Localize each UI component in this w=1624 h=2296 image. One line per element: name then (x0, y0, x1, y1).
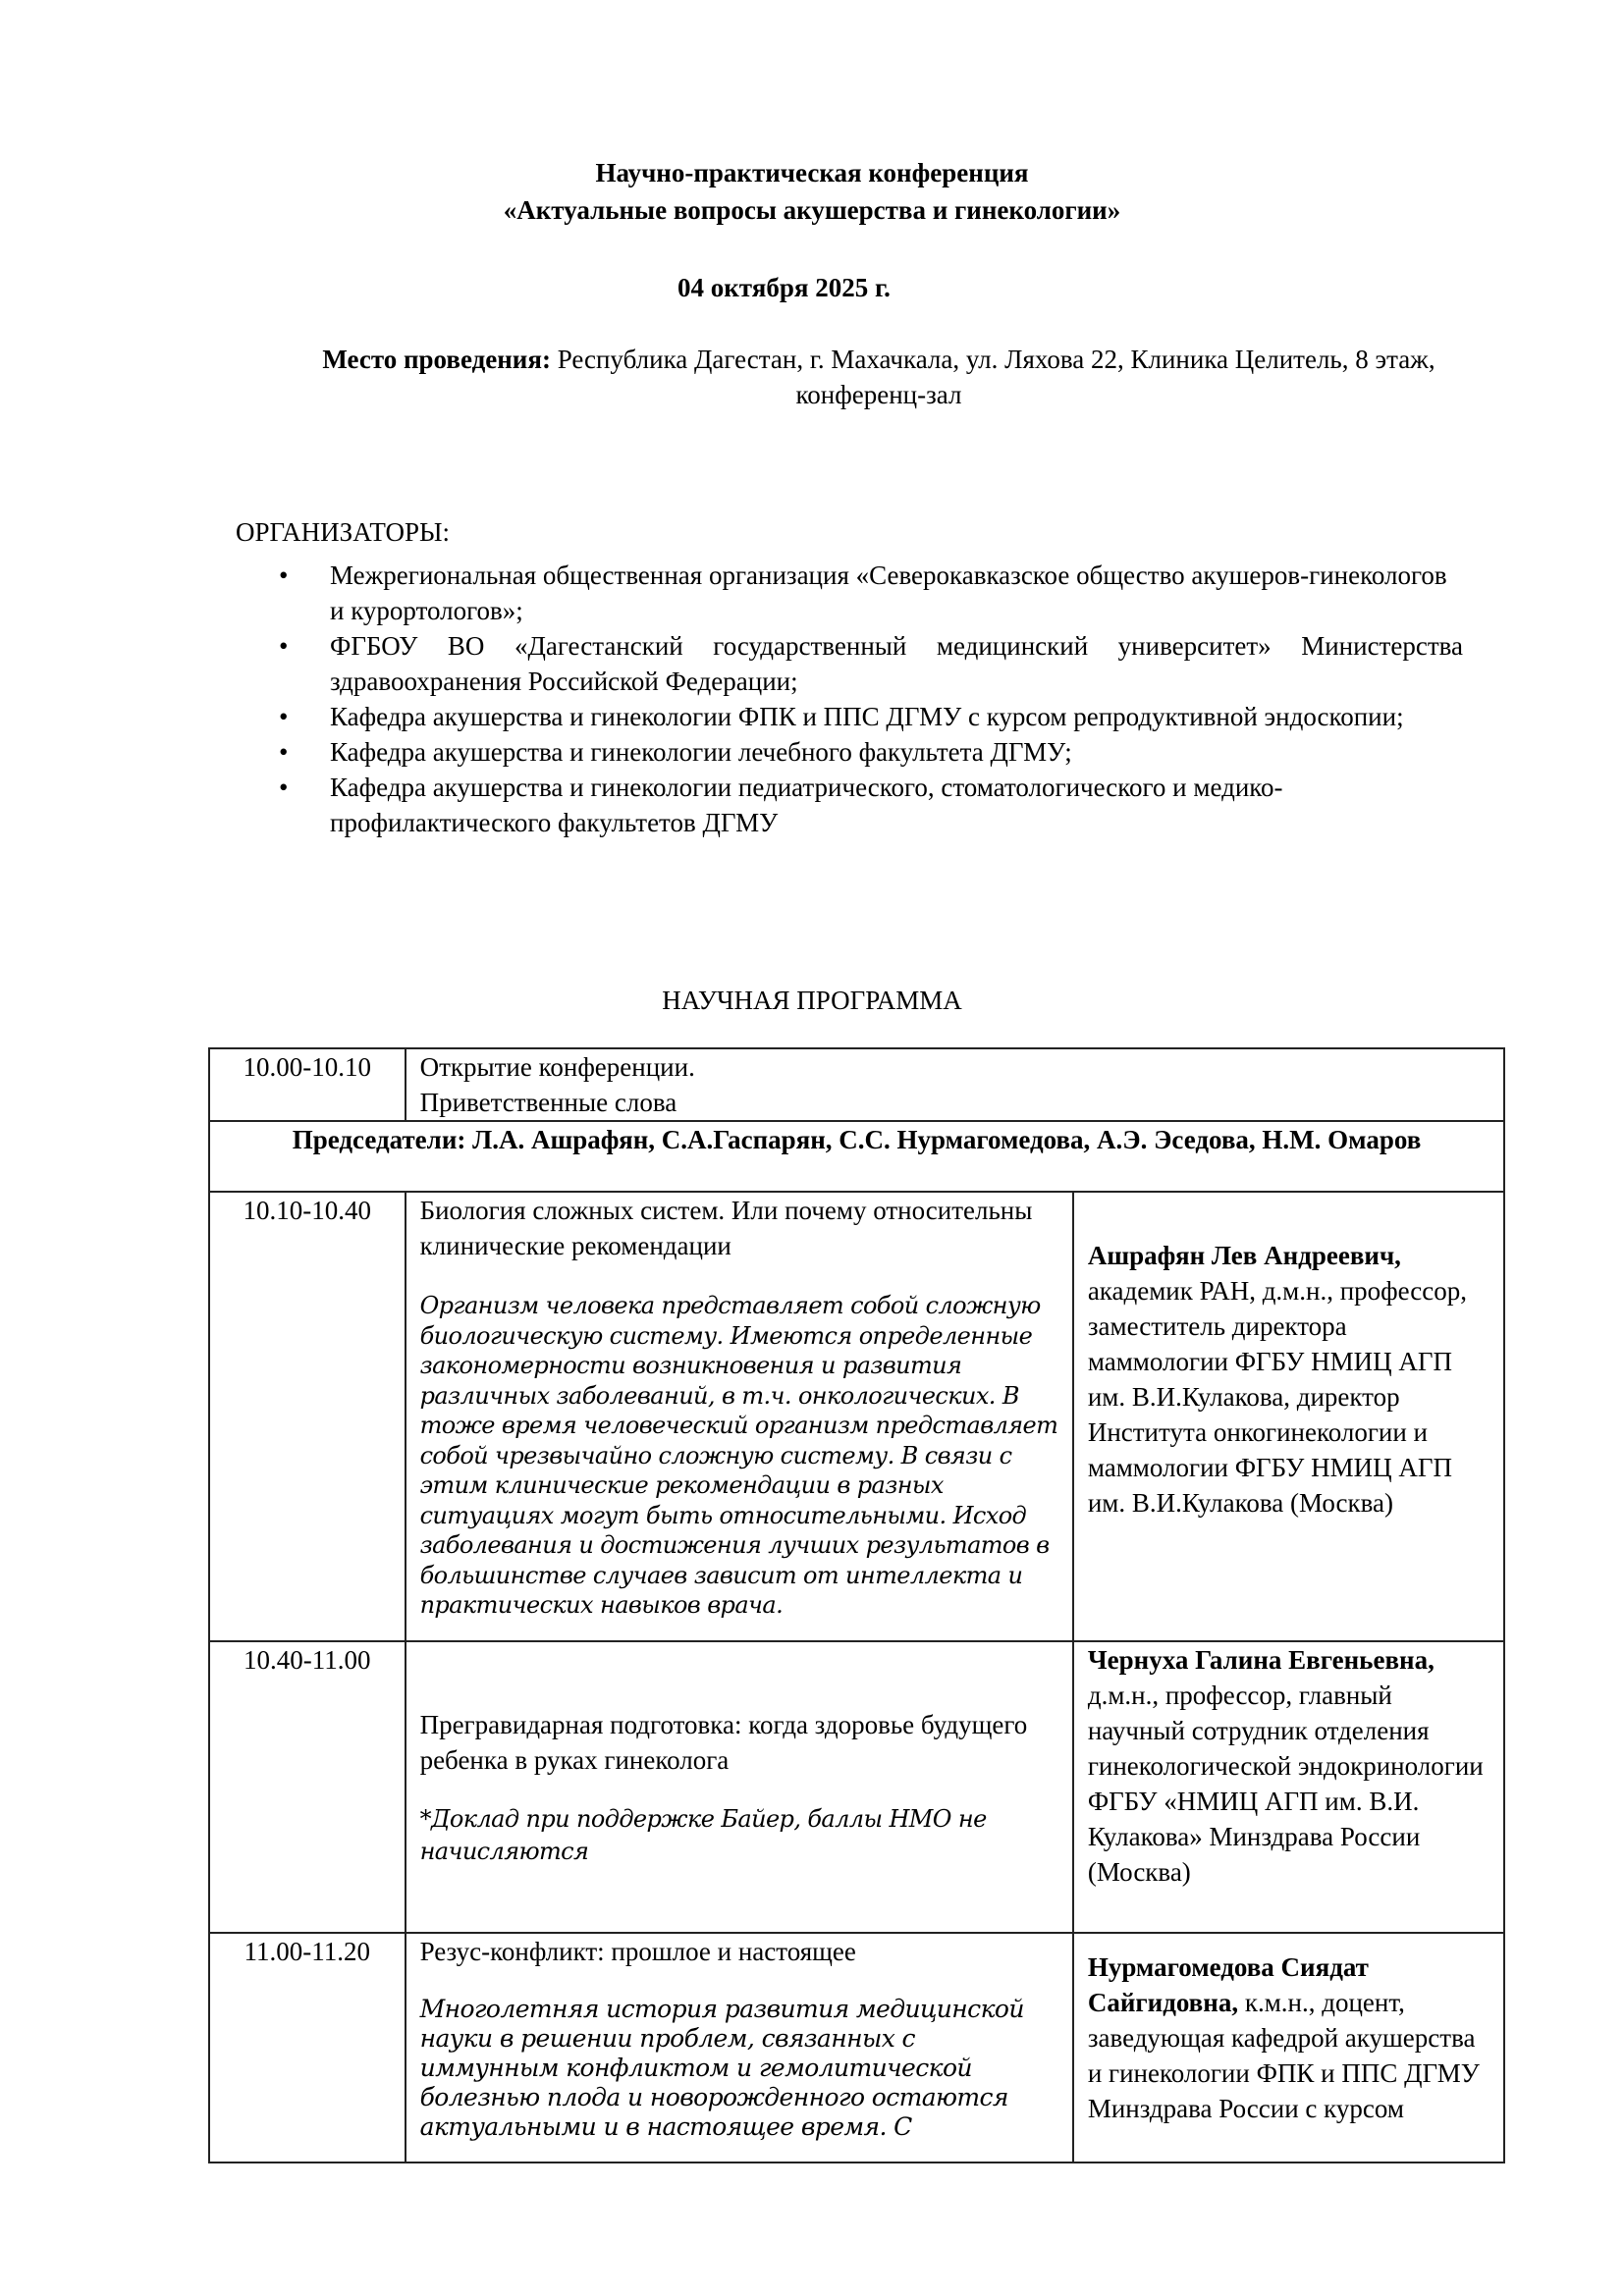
organizers-list: •Межрегиональная общественная организаци… (236, 558, 1463, 840)
organizer-item: •ФГБОУ ВО «Дагестанский государственный … (236, 628, 1463, 699)
speaker-cell: Нурмагомедова Сиядат Сайгидовна, к.м.н.,… (1073, 1933, 1504, 2163)
conference-title-line1: Научно-практическая конференция (0, 155, 1624, 190)
bullet-icon: • (279, 734, 288, 770)
conference-title-line2: «Актуальные вопросы акушерства и гинекол… (0, 192, 1624, 228)
speaker-info: академик РАН, д.м.н., профессор, замести… (1088, 1276, 1467, 1518)
topic-cell: Биология сложных систем. Или почему отно… (406, 1192, 1073, 1641)
talk-title: Биология сложных систем. Или почему отно… (420, 1193, 1058, 1263)
venue-line2: конференц-зал (226, 377, 1532, 412)
table-row: Председатели: Л.А. Ашрафян, С.А.Гаспарян… (209, 1121, 1504, 1192)
time-cell: 11.00-11.20 (209, 1933, 406, 2163)
bullet-icon: • (279, 628, 288, 664)
speaker-info: д.м.н., профессор, главный научный сотру… (1088, 1681, 1484, 1887)
talk-title: Резус-конфликт: прошлое и настоящее (420, 1934, 1058, 1969)
organizer-item: •Межрегиональная общественная организаци… (236, 558, 1463, 628)
chairs-cell: Председатели: Л.А. Ашрафян, С.А.Гаспарян… (209, 1121, 1504, 1192)
venue-label: Место проведения: (322, 345, 551, 374)
speaker-cell: Чернуха Галина Евгеньевна, д.м.н., профе… (1073, 1641, 1504, 1933)
opening-line1: Открытие конференции. (420, 1049, 1489, 1085)
topic-cell: Резус-конфликт: прошлое и настоящее Мног… (406, 1933, 1073, 2163)
topic-cell: Прегравидарная подготовка: когда здоровь… (406, 1641, 1073, 1933)
talk-title: Прегравидарная подготовка: когда здоровь… (420, 1707, 1058, 1778)
speaker-name: Ашрафян Лев Андреевич, (1088, 1241, 1401, 1270)
organizer-item: •Кафедра акушерства и гинекологии педиат… (236, 770, 1463, 840)
time-cell: 10.10-10.40 (209, 1192, 406, 1641)
venue-value: Республика Дагестан, г. Махачкала, ул. Л… (551, 345, 1435, 374)
speaker-name: Чернуха Галина Евгеньевна, (1088, 1645, 1435, 1675)
talk-note: *Доклад при поддержке Байер, баллы НМО н… (420, 1803, 1058, 1868)
table-row: 10.10-10.40 Биология сложных систем. Или… (209, 1192, 1504, 1641)
opening-cell: Открытие конференции. Приветственные сло… (406, 1048, 1504, 1121)
time-cell: 10.00-10.10 (209, 1048, 406, 1121)
bullet-icon: • (279, 558, 288, 593)
organizer-item: •Кафедра акушерства и гинекологии ФПК и … (236, 699, 1463, 734)
bullet-icon: • (279, 770, 288, 805)
organizers-heading: ОРГАНИЗАТОРЫ: (236, 517, 450, 548)
talk-abstract: Организм человека представляет собой сло… (420, 1291, 1058, 1621)
venue: Место проведения: Республика Дагестан, г… (226, 342, 1532, 412)
table-row: 10.40-11.00 Прегравидарная подготовка: к… (209, 1641, 1504, 1933)
opening-line2: Приветственные слова (420, 1085, 1489, 1120)
table-row: 10.00-10.10 Открытие конференции. Привет… (209, 1048, 1504, 1121)
program-table: 10.00-10.10 Открытие конференции. Привет… (208, 1047, 1505, 2163)
talk-abstract: Многолетняя история развития медицинской… (420, 1995, 1058, 2142)
conference-date: 04 октября 2025 г. (677, 273, 891, 303)
organizer-item: •Кафедра акушерства и гинекологии лечебн… (236, 734, 1463, 770)
venue-line1: Место проведения: Республика Дагестан, г… (226, 342, 1532, 377)
table-row: 11.00-11.20 Резус-конфликт: прошлое и на… (209, 1933, 1504, 2163)
speaker-cell: Ашрафян Лев Андреевич, академик РАН, д.м… (1073, 1192, 1504, 1641)
time-cell: 10.40-11.00 (209, 1641, 406, 1933)
program-heading: НАУЧНАЯ ПРОГРАММА (0, 986, 1624, 1016)
bullet-icon: • (279, 699, 288, 734)
